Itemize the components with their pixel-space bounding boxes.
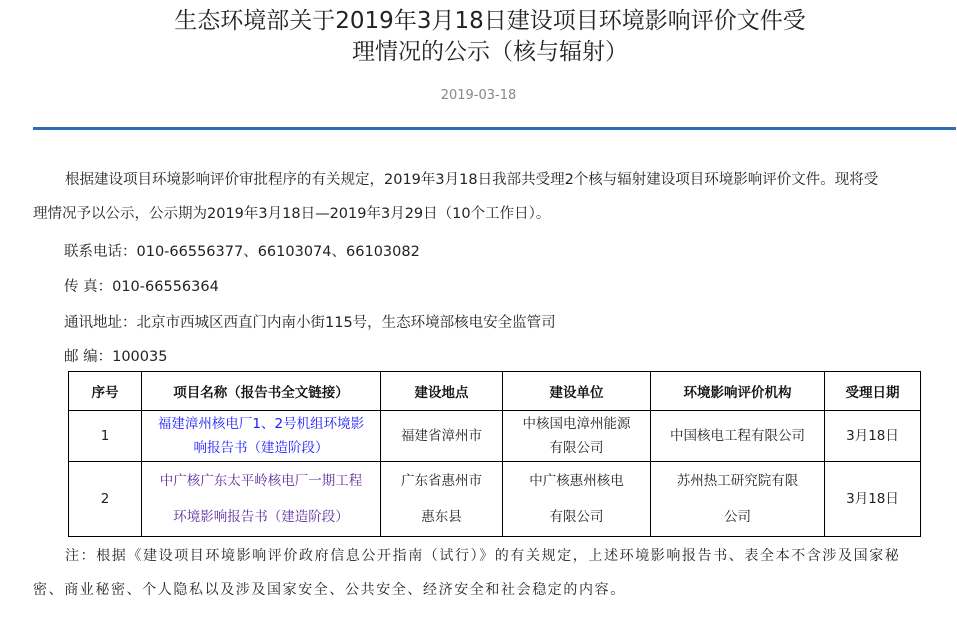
cell-accept-date: 3月18日 xyxy=(825,411,921,462)
cell-project-name: 中广核广东太平岭核电厂一期工程 环境影响报告书（建造阶段） xyxy=(142,462,381,537)
table-row: 2 中广核广东太平岭核电厂一期工程 环境影响报告书（建造阶段） 广东省惠州市 惠… xyxy=(69,462,921,537)
header-project-name: 项目名称（报告书全文链接） xyxy=(142,372,381,411)
disclaimer-note-cont: 密、商业秘密、个人隐私以及涉及国家安全、公共安全、经济安全和社会稳定的内容。 xyxy=(33,573,933,607)
location-text-line-2: 惠东县 xyxy=(421,509,462,525)
publish-date: 2019-03-18 xyxy=(0,88,957,103)
link-text-line-2: 响报告书（建造阶段） xyxy=(194,440,329,456)
note-line-1: 注：根据《建设项目环境影响评价政府信息公开指南（试行）》的有关规定，上述环境影响… xyxy=(65,548,900,564)
project-table: 序号 项目名称（报告书全文链接） 建设地点 建设单位 环境影响评价机构 受理日期… xyxy=(68,371,921,537)
contact-phone: 联系电话：010-66556377、66103074、66103082 xyxy=(64,240,420,261)
table-row: 1 福建漳州核电厂1、2号机组环境影 响报告书（建造阶段） 福建省漳州市 中核国… xyxy=(69,411,921,462)
header-location: 建设地点 xyxy=(381,372,503,411)
header-eia-agency: 环境影响评价机构 xyxy=(651,372,825,411)
intro-paragraph: 根据建设项目环境影响评价审批程序的有关规定，2019年3月18日我部共受理2个核… xyxy=(33,163,957,197)
intro-paragraph-cont: 理情况予以公示，公示期为2019年3月18日—2019年3月29日（10个工作日… xyxy=(33,197,957,231)
project-report-link[interactable]: 中广核广东太平岭核电厂一期工程 环境影响报告书（建造阶段） xyxy=(160,473,363,525)
page-title-line-1: 生态环境部关于2019年3月18日建设项目环境影响评价文件受 xyxy=(174,8,805,34)
contact-postcode: 邮 编：100035 xyxy=(64,345,167,366)
link-text-line-1: 中广核广东太平岭核电厂一期工程 xyxy=(160,473,363,489)
agency-text-line-2: 公司 xyxy=(724,509,751,525)
link-text-line-2: 环境影响报告书（建造阶段） xyxy=(173,509,349,525)
location-text-line-1: 广东省惠州市 xyxy=(401,473,482,489)
link-text-line-1: 福建漳州核电厂1、2号机组环境影 xyxy=(158,416,364,432)
contact-fax: 传 真：010-66556364 xyxy=(64,275,219,296)
location-text: 福建省漳州市 xyxy=(401,428,482,444)
cell-eia-agency: 中国核电工程有限公司 xyxy=(651,411,825,462)
builder-text-line-2: 有限公司 xyxy=(550,440,604,456)
cell-builder: 中核国电漳州能源 有限公司 xyxy=(503,411,651,462)
cell-accept-date: 3月18日 xyxy=(825,462,921,537)
header-accept-date: 受理日期 xyxy=(825,372,921,411)
cell-builder: 中广核惠州核电 有限公司 xyxy=(503,462,651,537)
builder-text-line-1: 中核国电漳州能源 xyxy=(523,416,631,432)
agency-text-line-1: 苏州热工研究院有限 xyxy=(677,473,799,489)
header-no: 序号 xyxy=(69,372,142,411)
project-report-link[interactable]: 福建漳州核电厂1、2号机组环境影 响报告书（建造阶段） xyxy=(158,416,364,456)
note-line-2: 密、商业秘密、个人隐私以及涉及国家安全、公共安全、经济安全和社会稳定的内容。 xyxy=(33,582,626,598)
cell-eia-agency: 苏州热工研究院有限 公司 xyxy=(651,462,825,537)
page-title-line-2: 理情况的公示（核与辐射） xyxy=(352,39,628,65)
cell-location: 广东省惠州市 惠东县 xyxy=(381,462,503,537)
disclaimer-note: 注：根据《建设项目环境影响评价政府信息公开指南（试行）》的有关规定，上述环境影响… xyxy=(33,539,933,573)
cell-no: 2 xyxy=(69,462,142,537)
table-header-row: 序号 项目名称（报告书全文链接） 建设地点 建设单位 环境影响评价机构 受理日期 xyxy=(69,372,921,411)
header-builder: 建设单位 xyxy=(503,372,651,411)
intro-line-1: 根据建设项目环境影响评价审批程序的有关规定，2019年3月18日我部共受理2个核… xyxy=(65,172,878,188)
intro-line-2: 理情况予以公示，公示期为2019年3月18日—2019年3月29日（10个工作日… xyxy=(33,206,550,222)
cell-no: 1 xyxy=(69,411,142,462)
builder-text-line-2: 有限公司 xyxy=(550,509,604,525)
agency-text: 中国核电工程有限公司 xyxy=(670,428,805,444)
title-divider xyxy=(33,127,956,130)
builder-text-line-1: 中广核惠州核电 xyxy=(529,473,624,489)
cell-project-name: 福建漳州核电厂1、2号机组环境影 响报告书（建造阶段） xyxy=(142,411,381,462)
page-title: 生态环境部关于2019年3月18日建设项目环境影响评价文件受 理情况的公示（核与… xyxy=(150,6,830,68)
cell-location: 福建省漳州市 xyxy=(381,411,503,462)
contact-address: 通讯地址：北京市西城区西直门内南小街115号，生态环境部核电安全监管司 xyxy=(64,311,556,332)
